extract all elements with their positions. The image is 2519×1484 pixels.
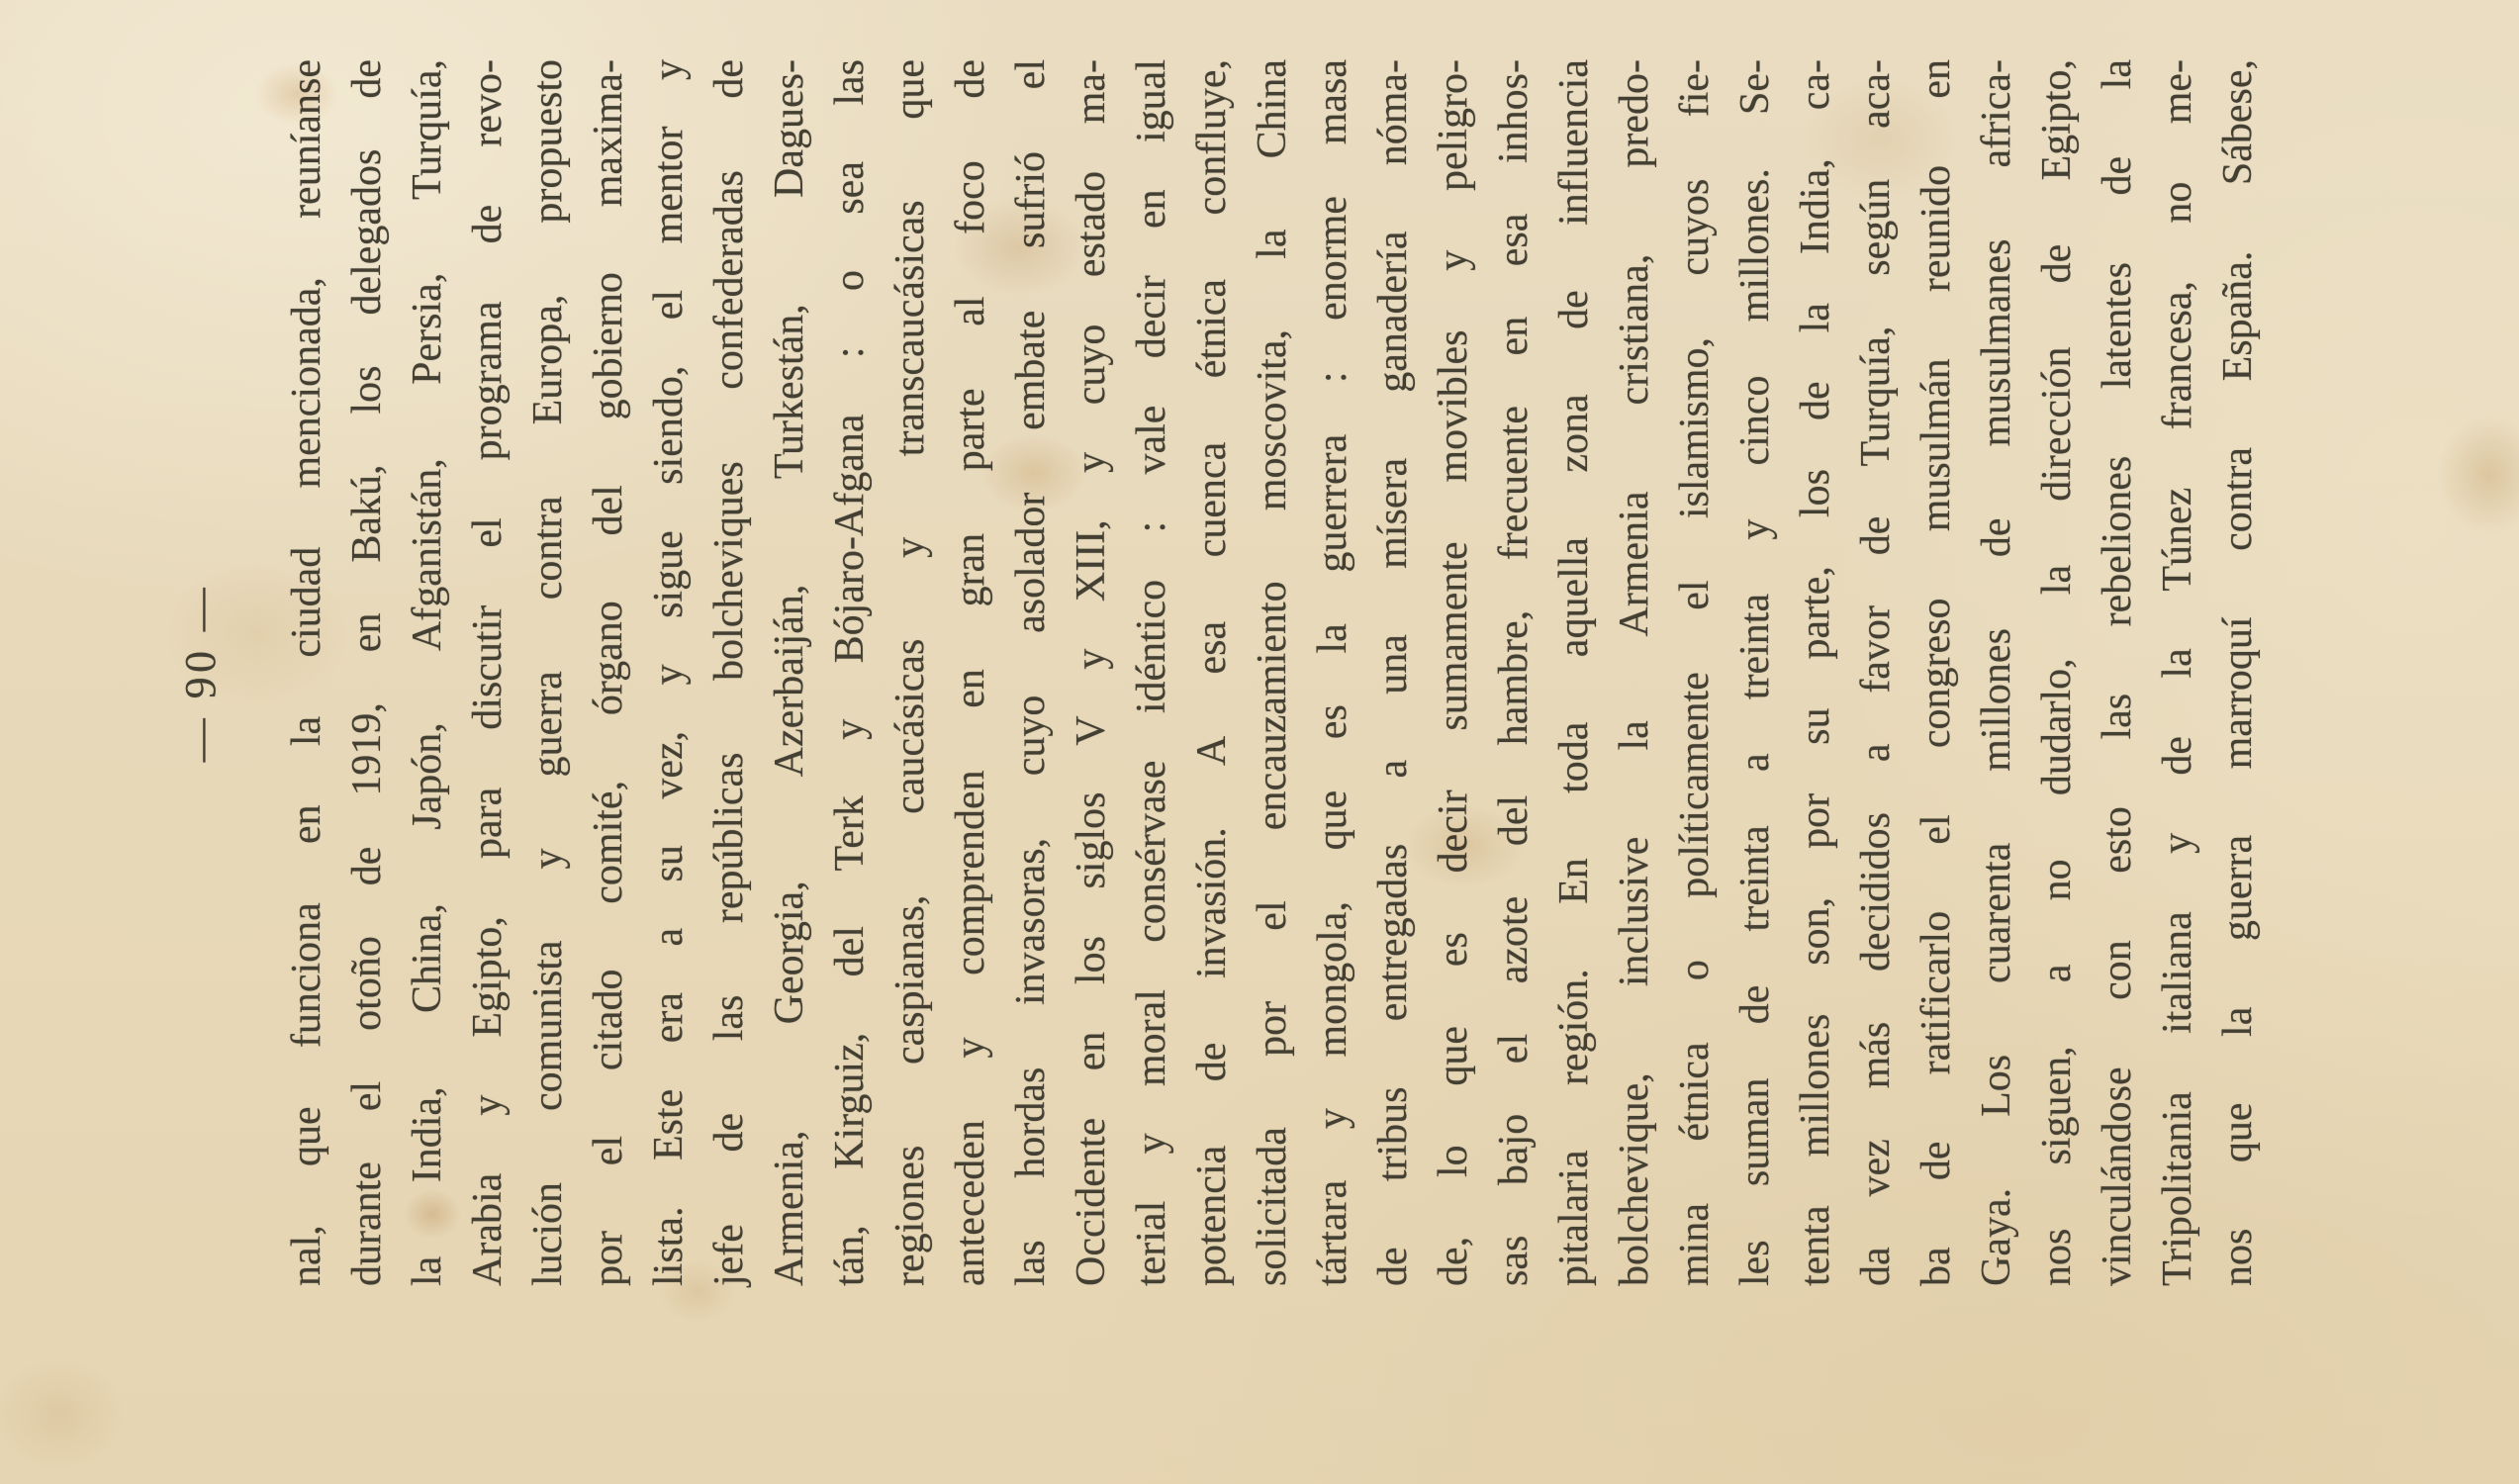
text-line: nos que la guerra marroquí contra España… (2208, 59, 2269, 1286)
text-line: de tribus entregadas a una mísera ganade… (1363, 59, 1424, 1286)
text-line: tán, Kirguiz, del Terk y Bójaro-Afgana :… (820, 59, 881, 1286)
text-line: tenta millones son, por su parte, los de… (1786, 59, 1846, 1286)
page-number: — 90 — (0, 59, 235, 1286)
scanned-book-page: — 90 — nal, que funciona en la ciudad me… (0, 0, 2519, 1484)
text-line: potencia de invasión. A esa cuenca étnic… (1182, 59, 1243, 1286)
text-line: da vez más decididos a favor de Turquía,… (1846, 59, 1907, 1286)
text-line: vinculándose con esto las rebeliones lat… (2088, 59, 2148, 1286)
text-line: de, lo que es decir sumamente movibles y… (1424, 59, 1484, 1286)
text-line: les suman de treinta a treinta y cinco m… (1726, 59, 1786, 1286)
text-line: nal, que funciona en la ciudad mencionad… (277, 59, 337, 1286)
rotated-page: — 90 — nal, que funciona en la ciudad me… (0, 0, 2519, 1484)
text-line: regiones caspianas, caucásicas y transca… (881, 59, 941, 1286)
text-line: tártara y mongola, que es la guerrera : … (1303, 59, 1363, 1286)
text-line: por el citado comité, órgano del gobiern… (579, 59, 639, 1286)
text-line: Tripolitania italiana y de la Túnez fran… (2148, 59, 2208, 1286)
text-line: Arabia y Egipto, para discutir el progra… (458, 59, 518, 1286)
text-line: la India, China, Japón, Afganistán, Pers… (398, 59, 458, 1286)
text-line: las hordas invasoras, cuyo asolador emba… (1001, 59, 1062, 1286)
text-line: bolchevique, inclusive la Armenia cristi… (1605, 59, 1665, 1286)
page-content: — 90 — nal, que funciona en la ciudad me… (0, 59, 2269, 1286)
text-line: pitalaria región. En toda aquella zona d… (1544, 59, 1605, 1286)
text-line: terial y moral consérvase idéntico : val… (1122, 59, 1182, 1286)
text-line: durante el otoño de 1919, en Bakú, los d… (337, 59, 398, 1286)
text-line: nos siguen, a no dudarlo, la dirección d… (2027, 59, 2088, 1286)
text-line: ba de ratificarlo el congreso musulmán r… (1907, 59, 1967, 1286)
text-line: sas bajo el azote del hambre, frecuente … (1484, 59, 1544, 1286)
text-line: solicitada por el encauzamiento moscovit… (1243, 59, 1303, 1286)
text-line: anteceden y comprenden en gran parte al … (941, 59, 1001, 1286)
text-line: lista. Este era a su vez, y sigue siendo… (639, 59, 700, 1286)
text-line: jefe de las repúblicas bolcheviques conf… (700, 59, 760, 1286)
page-text: nal, que funciona en la ciudad mencionad… (277, 59, 2269, 1286)
text-line: Occidente en los siglos V y XIII, y cuyo… (1062, 59, 1122, 1286)
text-line: Gaya. Los cuarenta millones de musulmane… (1967, 59, 2027, 1286)
text-line: lución comunista y guerra contra Europa,… (518, 59, 579, 1286)
text-line: mina étnica o políticamente el islamismo… (1665, 59, 1726, 1286)
text-line: Armenia, Georgia, Azerbaiján, Turkestán,… (760, 59, 820, 1286)
